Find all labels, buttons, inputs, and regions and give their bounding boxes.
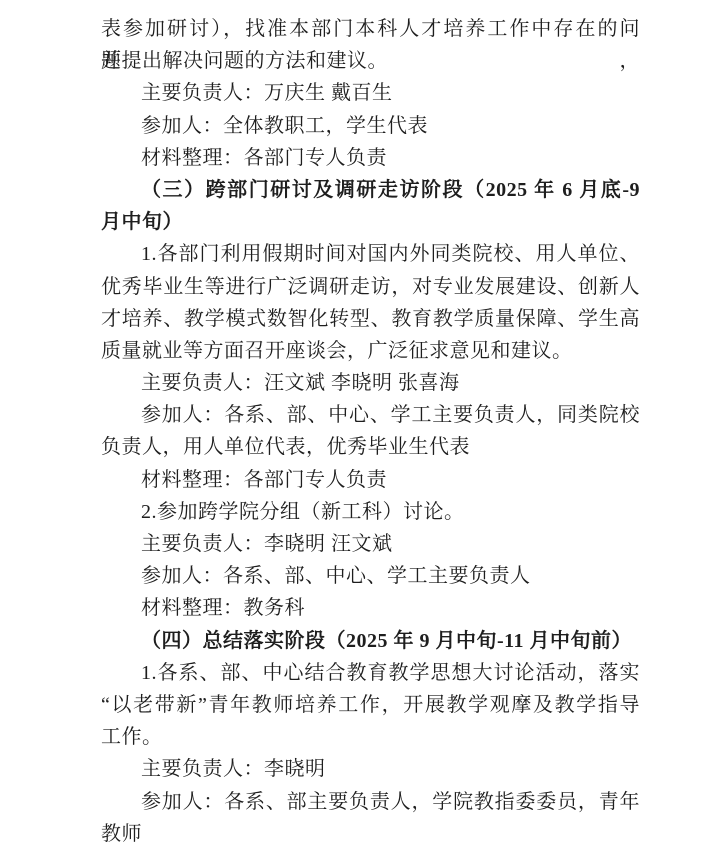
doc-line-lead: 参加人：各系、部、中心、学工主要负责人 <box>101 560 640 592</box>
doc-line-lead: 主要负责人：李晓明 汪文斌 <box>101 528 640 560</box>
section-heading-line: （四）总结落实阶段（2025 年 9 月中旬-11 月中旬前） <box>101 625 640 657</box>
document-page: 表参加研讨），找准本部门本科人才培养工作中存在的问题， 并提出解决问题的方法和建… <box>0 0 712 858</box>
section-heading-line: （三）跨部门研讨及调研走访阶段（2025 年 6 月底-9 <box>101 174 640 206</box>
section-heading-line: 月中旬） <box>101 206 640 238</box>
doc-line-lead: 材料整理：教务科 <box>101 592 640 624</box>
doc-line: 优秀毕业生等进行广泛调研走访，对专业发展建设、创新人 <box>101 271 640 303</box>
doc-line-lead: 材料整理：各部门专人负责 <box>101 142 640 174</box>
doc-line: 教师 <box>101 818 640 850</box>
doc-line-lead: 主要负责人：万庆生 戴百生 <box>101 77 640 109</box>
doc-line-lead: 参加人：各系、部、中心、学工主要负责人，同类院校 <box>101 399 640 431</box>
doc-line-lead: 主要负责人：李晓明 <box>101 753 640 785</box>
doc-line-lead: 参加人：全体教职工，学生代表 <box>101 110 640 142</box>
doc-line-lead: 1.各部门利用假期时间对国内外同类院校、用人单位、 <box>101 238 640 270</box>
doc-line: 负责人，用人单位代表，优秀毕业生代表 <box>101 431 640 463</box>
doc-line: 才培养、教学模式数智化转型、教育教学质量保障、学生高 <box>101 303 640 335</box>
doc-line-lead: 1.各系、部、中心结合教育教学思想大讨论活动，落实 <box>101 657 640 689</box>
doc-line: 工作。 <box>101 721 640 753</box>
doc-line: 质量就业等方面召开座谈会，广泛征求意见和建议。 <box>101 335 640 367</box>
doc-line-lead: 参加人：各系、部主要负责人，学院教指委委员，青年 <box>101 786 640 818</box>
doc-line-lead: 2.参加跨学院分组（新工科）讨论。 <box>101 496 640 528</box>
doc-line: “以老带新”青年教师培养工作，开展教学观摩及教学指导 <box>101 689 640 721</box>
doc-line-lead: 材料整理：各部门专人负责 <box>101 464 640 496</box>
doc-line: 表参加研讨），找准本部门本科人才培养工作中存在的问题， <box>101 13 640 45</box>
doc-line-lead: 主要负责人：汪文斌 李晓明 张喜海 <box>101 367 640 399</box>
document-text-column: 表参加研讨），找准本部门本科人才培养工作中存在的问题， 并提出解决问题的方法和建… <box>101 13 640 850</box>
